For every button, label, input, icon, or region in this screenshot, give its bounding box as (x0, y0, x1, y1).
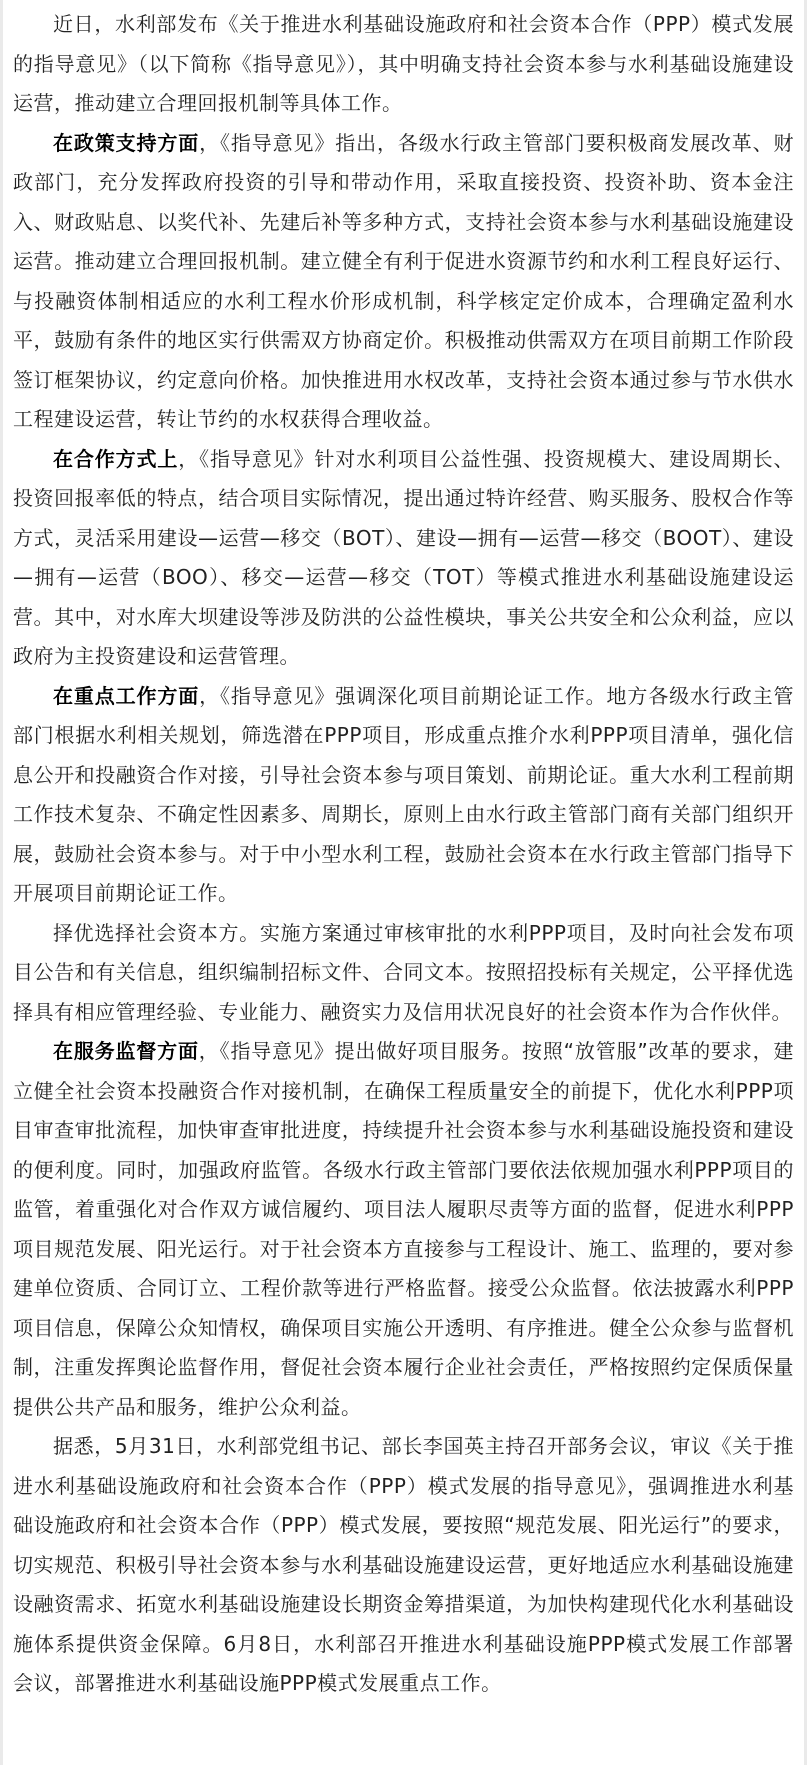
document-page: 近日，水利部发布《关于推进水利基础设施政府和社会资本合作（PPP）模式发展的指导… (0, 0, 807, 1765)
paragraph-partner-selection: 择优选择社会资本方。实施方案通过审核审批的水利PPP项目，及时向社会发布项目公告… (13, 914, 794, 1033)
paragraph-text: 据悉，5月31日，水利部党组书记、部长李国英主持召开部务会议，审议《关于推进水利… (13, 1434, 794, 1695)
paragraph-text: 近日，水利部发布《关于推进水利基础设施政府和社会资本合作（PPP）模式发展的指导… (13, 12, 794, 115)
paragraph-lead: 在重点工作方面 (53, 684, 199, 708)
paragraph-text: ，《指导意见》强调深化项目前期论证工作。地方各级水行政主管部门根据水利相关规划，… (13, 684, 794, 906)
paragraph-service-supervision: 在服务监督方面，《指导意见》提出做好项目服务。按照“放管服”改革的要求，建立健全… (13, 1032, 794, 1427)
paragraph-text: ，《指导意见》提出做好项目服务。按照“放管服”改革的要求，建立健全社会资本投融资… (13, 1039, 794, 1419)
article-body: 近日，水利部发布《关于推进水利基础设施政府和社会资本合作（PPP）模式发展的指导… (0, 0, 807, 1704)
paragraph-intro: 近日，水利部发布《关于推进水利基础设施政府和社会资本合作（PPP）模式发展的指导… (13, 5, 794, 124)
paragraph-text: ，《指导意见》指出，各级水行政主管部门要积极商发展改革、财政部门，充分发挥政府投… (13, 131, 794, 432)
paragraph-text: 择优选择社会资本方。实施方案通过审核审批的水利PPP项目，及时向社会发布项目公告… (13, 921, 794, 1024)
left-page-edge (0, 0, 3, 1765)
paragraph-policy-support: 在政策支持方面，《指导意见》指出，各级水行政主管部门要积极商发展改革、财政部门，… (13, 124, 794, 440)
paragraph-cooperation-modes: 在合作方式上，《指导意见》针对水利项目公益性强、投资规模大、建设周期长、投资回报… (13, 440, 794, 677)
paragraph-closing-news: 据悉，5月31日，水利部党组书记、部长李国英主持召开部务会议，审议《关于推进水利… (13, 1427, 794, 1704)
paragraph-lead: 在服务监督方面 (53, 1039, 199, 1063)
paragraph-key-work: 在重点工作方面，《指导意见》强调深化项目前期论证工作。地方各级水行政主管部门根据… (13, 677, 794, 914)
paragraph-lead: 在政策支持方面 (53, 131, 199, 155)
paragraph-text: ，《指导意见》针对水利项目公益性强、投资规模大、建设周期长、投资回报率低的特点，… (13, 447, 794, 669)
paragraph-lead: 在合作方式上 (53, 447, 178, 471)
